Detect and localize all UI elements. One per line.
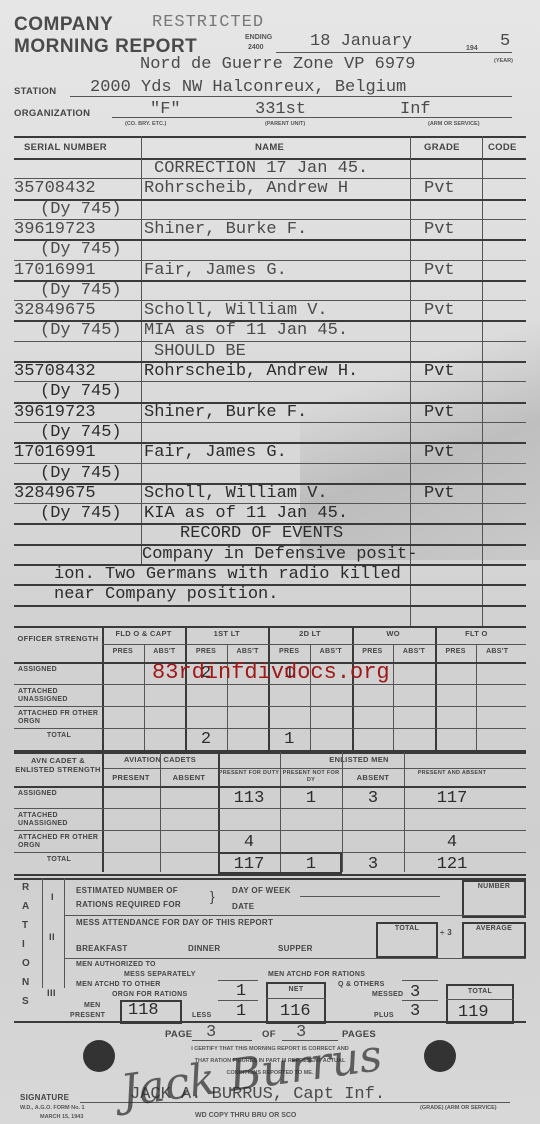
officer-subheader: PRES <box>435 648 477 655</box>
net-value: 116 <box>280 1002 311 1021</box>
serial-number: 32849675 <box>14 484 96 503</box>
row-label: ATTACHED UNASSIGNED <box>18 688 100 704</box>
authorized-label-1: MEN AUTHORIZED TO <box>76 961 156 968</box>
report-date: 18 January <box>310 32 412 51</box>
divider <box>14 706 526 707</box>
cell-value: 4 <box>404 833 500 852</box>
person-name: KIA as of 11 Jan 45. <box>144 504 348 523</box>
punch-hole-right <box>424 1040 456 1072</box>
brace: } <box>210 888 215 904</box>
signer-sub-label: (GRADE) (ARM OR SERVICE) <box>420 1105 497 1111</box>
divide-by-three: ÷ 3 <box>440 928 452 937</box>
ending-label: ENDING <box>245 34 272 41</box>
plus-value: 3 <box>410 1002 420 1021</box>
person-name: near Company position. <box>54 585 278 604</box>
morning-report-document: COMPANY MORNING REPORT RESTRICTED ENDING… <box>0 0 540 1124</box>
serial-number: (Dy 745) <box>40 464 122 483</box>
men-present-label-2: PRESENT <box>70 1012 105 1019</box>
section-iii: III <box>47 988 56 999</box>
officer-group-header: FLT O <box>435 629 518 638</box>
rations-letter: O <box>22 958 30 969</box>
of-label: OF <box>262 1029 276 1040</box>
enlisted-strength-label: AVN CADET & ENLISTED STRENGTH <box>14 756 102 774</box>
grade: Pvt <box>424 301 455 320</box>
divider <box>14 808 526 809</box>
officer-group-header: 2D LT <box>268 629 351 638</box>
officer-group-header: FLD O & CAPT <box>102 629 185 638</box>
grade: Pvt <box>424 443 455 462</box>
row-label: TOTAL <box>18 856 100 864</box>
officer-subheader: PRES <box>352 648 394 655</box>
serial-number: 35708432 <box>14 179 96 198</box>
grade: Pvt <box>424 220 455 239</box>
serial-number: 32849675 <box>14 301 96 320</box>
officer-subheader: PRES <box>185 648 227 655</box>
estimated-rations-label: ESTIMATED NUMBER OF <box>76 886 178 895</box>
person-name: Scholl, William V. <box>144 301 328 320</box>
officer-group-header: WO <box>352 629 435 638</box>
person-name: MIA as of 11 Jan 45. <box>144 321 348 340</box>
atchd-other-value: 1 <box>236 982 246 1001</box>
page-label: PAGE <box>165 1029 192 1040</box>
day-of-week-label: DAY OF WEEK <box>232 886 291 895</box>
person-name: Scholl, William V. <box>144 484 328 503</box>
rations-required-label: RATIONS REQUIRED FOR <box>76 900 181 909</box>
officer-strength-label: OFFICER STRENGTH <box>14 634 102 643</box>
atchd-for-label: MEN ATCHD FOR RATIONS <box>268 971 365 978</box>
supper-label: SUPPER <box>278 944 313 953</box>
average-label: AVERAGE <box>462 925 526 932</box>
rations-letter: I <box>22 939 25 950</box>
officer-subheader: ABS'T <box>227 648 269 655</box>
year-digit: 5 <box>500 32 510 51</box>
divider <box>160 752 161 872</box>
watermark: 83rdinfdivdocs.org <box>152 660 390 685</box>
cell-value: 113 <box>218 789 280 808</box>
station-value: 2000 Yds NW Halconreux, Belgium <box>90 78 406 97</box>
enlisted-men-header: ENLISTED MEN <box>218 755 500 764</box>
copy-note: WD COPY THRU BRU OR SCO <box>195 1112 296 1119</box>
net-label: NET <box>266 986 326 993</box>
serial-number: 17016991 <box>14 443 96 462</box>
form-id: W.D., A.G.O. FORM No. 1 <box>20 1105 85 1111</box>
divider <box>342 752 343 872</box>
men-present-label-1: MEN <box>84 1002 100 1009</box>
men-present-value: 118 <box>128 1001 159 1020</box>
atchd-other-label-1: MEN ATCHD TO OTHER <box>76 981 161 988</box>
messed-label: MESSED <box>372 991 403 998</box>
divider <box>102 752 104 872</box>
person-name: RECORD OF EVENTS <box>180 524 343 543</box>
plus-label: PLUS <box>374 1012 394 1019</box>
person-name: Rohrscheib, Andrew H. <box>144 362 358 381</box>
less-value: 1 <box>236 1002 246 1021</box>
org-sub-arm: (ARM OR SERVICE) <box>428 121 480 127</box>
dinner-label: DINNER <box>188 944 220 953</box>
organization-label: ORGANIZATION <box>14 108 90 119</box>
divider <box>14 830 526 831</box>
serial-number: (Dy 745) <box>40 382 122 401</box>
divider <box>144 644 145 750</box>
cell-value: 3 <box>342 789 404 808</box>
divider <box>476 644 477 750</box>
person-name: ion. Two Germans with radio killed <box>54 565 401 584</box>
cell-value: 1 <box>280 789 342 808</box>
cell-value: 3 <box>342 855 404 874</box>
divider <box>14 728 526 729</box>
grade: Pvt <box>424 362 455 381</box>
grade: Pvt <box>424 261 455 280</box>
form-date: MARCH 15, 1943 <box>40 1114 83 1120</box>
restricted-stamp: RESTRICTED <box>152 13 264 32</box>
serial-number: (Dy 745) <box>40 200 122 219</box>
rations-letter: N <box>22 977 30 988</box>
officer-subheader: PRES <box>268 648 310 655</box>
person-name: Shiner, Burke F. <box>144 220 307 239</box>
total-value: 119 <box>458 1003 489 1022</box>
ending-time: 2400 <box>248 44 264 51</box>
person-name: Company in Defensive posit- <box>142 545 417 564</box>
serial-number: 35708432 <box>14 362 96 381</box>
mess-total-label: TOTAL <box>376 925 438 932</box>
org-arm: Inf <box>400 100 431 119</box>
person-name: Fair, James G. <box>144 261 287 280</box>
row-label: ASSIGNED <box>18 666 100 674</box>
enlisted-col-header: PRESENT AND ABSENT <box>404 770 500 777</box>
person-name: SHOULD BE <box>154 342 246 361</box>
officer-subheader: ABS'T <box>476 648 518 655</box>
cell-value: 2 <box>185 730 227 749</box>
enlisted-col-header: PRESENT <box>102 774 160 781</box>
enlisted-col-header: PRESENT NOT FOR DY <box>280 770 342 784</box>
divider <box>393 644 394 750</box>
serial-number: (Dy 745) <box>40 321 122 340</box>
serial-number: 17016991 <box>14 261 96 280</box>
total-label: TOTAL <box>446 988 514 995</box>
number-label: NUMBER <box>462 883 526 890</box>
enlisted-col-header: ABSENT <box>342 774 404 781</box>
officer-subheader: PRES <box>102 648 144 655</box>
cell-value: 4 <box>218 833 280 852</box>
serial-number: 39619723 <box>14 403 96 422</box>
q-others-label: Q & OTHERS <box>338 981 385 988</box>
divider <box>14 874 526 876</box>
rations-letter: R <box>22 882 30 893</box>
officer-group-header: 1ST LT <box>185 629 268 638</box>
atchd-other-label-2: ORGN FOR RATIONS <box>112 991 187 998</box>
row-label: ATTACHED FR OTHER ORGN <box>18 710 100 726</box>
less-label: LESS <box>192 1012 211 1019</box>
rations-letter: A <box>22 901 30 912</box>
year-prefix: 194 <box>466 45 478 52</box>
section-ii: II <box>49 932 55 943</box>
person-name: Rohrscheib, Andrew H <box>144 179 348 198</box>
officer-subheader: ABS'T <box>310 648 352 655</box>
authorized-label-2: MESS SEPARATELY <box>124 971 196 978</box>
person-name: Fair, James G. <box>144 443 287 462</box>
row-label: TOTAL <box>18 732 100 740</box>
serial-number: 39619723 <box>14 220 96 239</box>
grade: Pvt <box>424 179 455 198</box>
section-i: I <box>51 892 54 903</box>
serial-number: (Dy 745) <box>40 423 122 442</box>
divider <box>102 644 526 645</box>
row-label: ATTACHED UNASSIGNED <box>18 812 100 828</box>
serial-number: (Dy 745) <box>40 281 122 300</box>
col-code: CODE <box>488 142 517 153</box>
divider <box>14 752 526 754</box>
org-company: "F" <box>150 100 181 119</box>
person-name: CORRECTION 17 Jan 45. <box>154 159 368 178</box>
grade: Pvt <box>424 403 455 422</box>
col-serial-number: SERIAL NUMBER <box>24 142 107 153</box>
enlisted-col-header: ABSENT <box>160 774 218 781</box>
officer-subheader: ABS'T <box>393 648 435 655</box>
year-label: (YEAR) <box>494 58 513 64</box>
serial-number: (Dy 745) <box>40 504 122 523</box>
officer-subheader: ABS'T <box>144 648 186 655</box>
cell-value: 121 <box>404 855 500 874</box>
cell-value: 1 <box>268 730 310 749</box>
divider <box>14 786 526 788</box>
grade: Pvt <box>424 484 455 503</box>
col-name: NAME <box>255 142 284 153</box>
mess-attendance-label: MESS ATTENDANCE FOR DAY OF THIS REPORT <box>76 918 273 927</box>
signature-label: SIGNATURE <box>20 1093 69 1102</box>
org-parent: 331st <box>255 100 306 119</box>
cell-value: 117 <box>404 789 500 808</box>
rations-letter: S <box>22 996 29 1007</box>
divider <box>102 768 526 769</box>
breakfast-label: BREAKFAST <box>76 944 128 953</box>
station-label: STATION <box>14 86 56 97</box>
org-sub-company: (CO. BRY. ETC.) <box>125 121 166 127</box>
person-name: Shiner, Burke F. <box>144 403 307 422</box>
row-label: ASSIGNED <box>18 790 100 798</box>
row-label: ATTACHED FR OTHER ORGN <box>18 834 100 850</box>
enlisted-col-header: PRESENT FOR DUTY <box>218 770 280 777</box>
total-highlight-box <box>218 852 342 874</box>
col-grade: GRADE <box>424 142 460 153</box>
title-line1: COMPANY <box>14 14 113 36</box>
date-label: DATE <box>232 902 254 911</box>
serial-number: (Dy 745) <box>40 240 122 259</box>
rations-letter: T <box>22 920 28 931</box>
location-line: Nord de Guerre Zone VP 6979 <box>140 55 415 74</box>
org-sub-parent: (PARENT UNIT) <box>265 121 305 127</box>
punch-hole-left <box>83 1040 115 1072</box>
